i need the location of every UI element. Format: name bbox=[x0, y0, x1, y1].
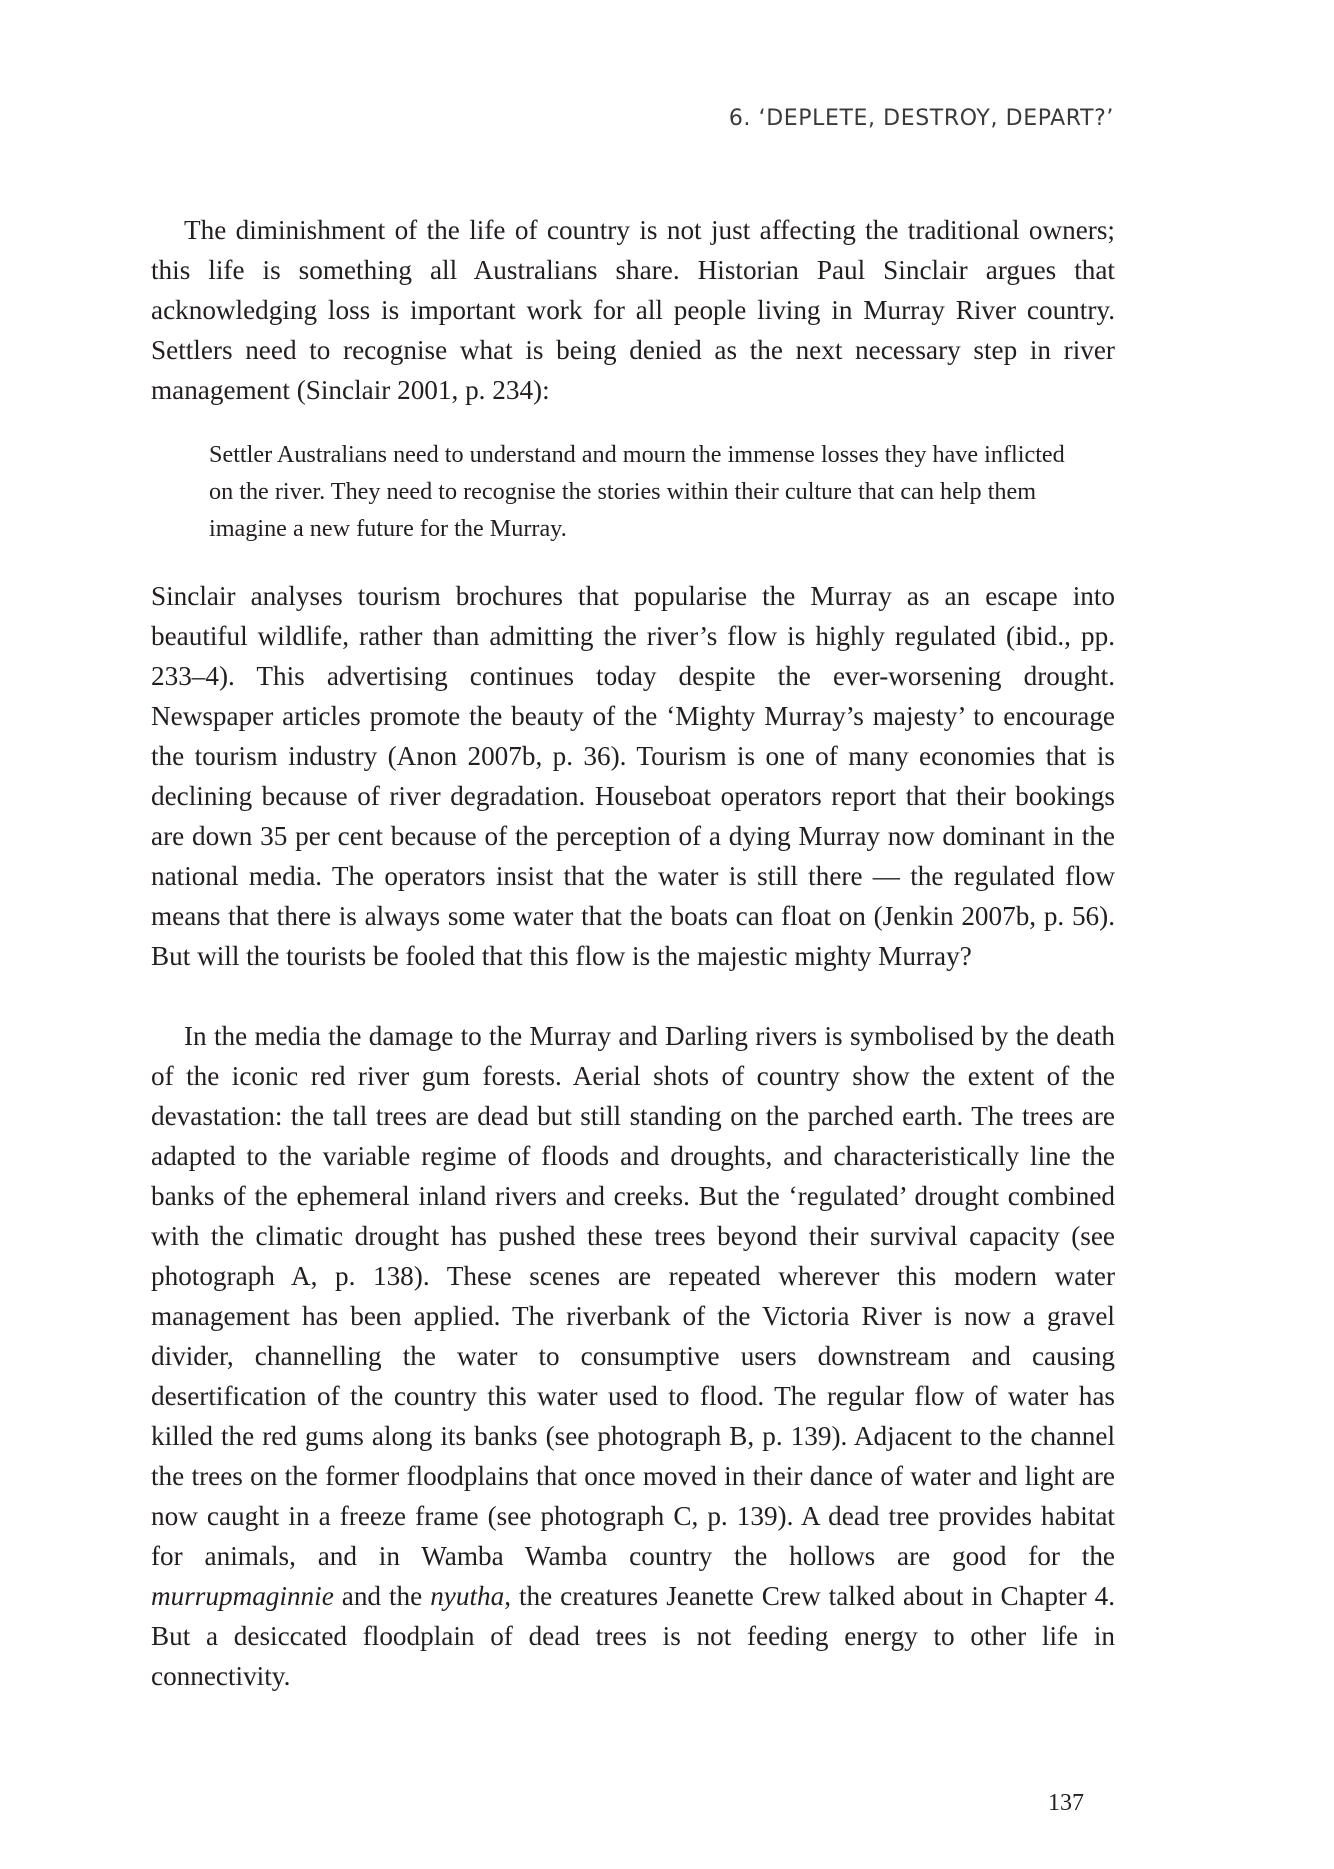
running-head: 6. ‘DEPLETE, DESTROY, DEPART?’ bbox=[729, 106, 1114, 131]
paragraph-2-text: Sinclair analyses tourism brochures that… bbox=[151, 576, 1115, 976]
paragraph-1: The diminishment of the life of country … bbox=[151, 210, 1115, 410]
block-quote: Settler Australians need to understand a… bbox=[209, 436, 1069, 547]
paragraph-2: Sinclair analyses tourism brochures that… bbox=[151, 576, 1115, 976]
page-number: 137 bbox=[1048, 1790, 1084, 1817]
paragraph-1-text: The diminishment of the life of country … bbox=[151, 210, 1115, 410]
italic-term-murrupmaginnie: murrupmaginnie bbox=[151, 1581, 334, 1611]
paragraph-3-part-2: and the bbox=[334, 1581, 430, 1611]
paragraph-3-part-1: In the media the damage to the Murray an… bbox=[151, 1021, 1115, 1571]
italic-term-nyutha: nyutha bbox=[430, 1581, 504, 1611]
paragraph-3-text: In the media the damage to the Murray an… bbox=[151, 1016, 1115, 1696]
paragraph-3: In the media the damage to the Murray an… bbox=[151, 1016, 1115, 1696]
